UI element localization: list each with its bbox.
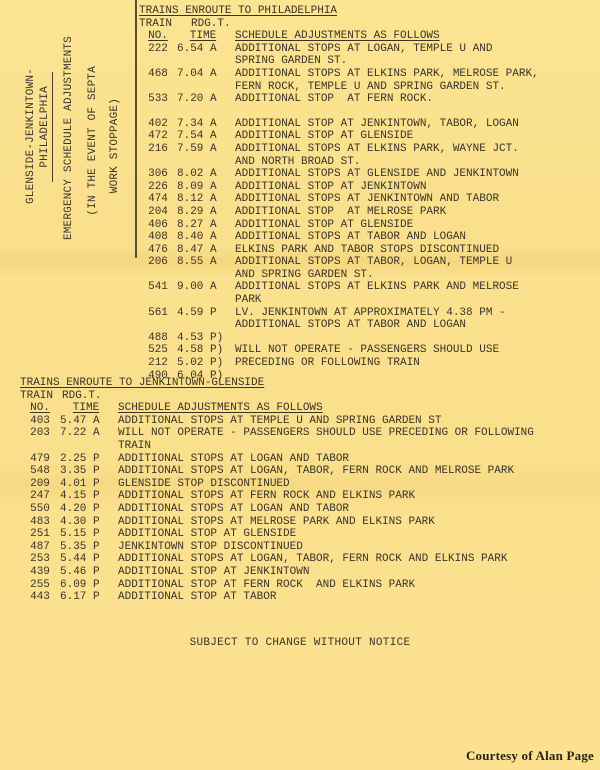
table-row: 3068.02 AADDITIONAL STOPS AT GLENSIDE AN… (139, 168, 599, 181)
train-time: 8.29 A (177, 206, 235, 219)
schedule-adjustment: ADDITIONAL STOPS AT ELKINS PARK AND MELR… (235, 281, 599, 294)
train-time: 3.35 P (60, 465, 118, 478)
title-route-line2: PHILADELPHIA (40, 86, 51, 168)
train-time: 2.25 P (60, 453, 118, 466)
table-row: 4068.27 AADDITIONAL STOP AT GLENSIDE (139, 219, 599, 232)
table-header: NO. TIME SCHEDULE ADJUSTMENTS AS FOLLOWS (20, 402, 600, 415)
schedule-adjustment: PRECEDING OR FOLLOWING TRAIN (235, 357, 599, 370)
train-time: 4.15 P (60, 490, 118, 503)
table-row: 4834.30 PADDITIONAL STOPS AT MELROSE PAR… (20, 516, 600, 529)
header-time: TIME (73, 402, 99, 414)
schedule-adjustment: ADDITIONAL STOP AT GLENSIDE (235, 219, 599, 232)
train-number: 439 (20, 566, 60, 579)
train-number: 472 (139, 130, 177, 143)
table-row-continuation: SPRING GARDEN ST. (139, 55, 599, 68)
train-number: 203 (20, 427, 60, 440)
train-number: 474 (139, 193, 177, 206)
header-time-top: RDG.T. (62, 390, 102, 403)
schedule-adjustment: ADDITIONAL STOP AT GLENSIDE (235, 130, 599, 143)
train-time (60, 440, 118, 453)
table-header-top: TRAIN RDG.T. (20, 390, 600, 403)
train-time (177, 294, 235, 307)
table-row: 2094.01 PGLENSIDE STOP DISCONTINUED (20, 478, 600, 491)
header-adjustments: SCHEDULE ADJUSTMENTS AS FOLLOWS (118, 402, 323, 414)
train-time: 8.12 A (177, 193, 235, 206)
train-time (177, 319, 235, 332)
schedule-adjustment: ADDITIONAL STOP AT FERN ROCK. (235, 93, 599, 106)
train-time: 6.54 A (177, 43, 235, 56)
train-time: 6.09 P (60, 579, 118, 592)
train-time: 5.02 P) (177, 357, 235, 370)
train-number: 561 (139, 307, 177, 320)
train-number: 533 (139, 93, 177, 106)
schedule-adjustment: WILL NOT OPERATE - PASSENGERS SHOULD USE… (118, 427, 600, 440)
table-row: 4727.54 AADDITIONAL STOP AT GLENSIDE (139, 130, 599, 143)
train-number: 403 (20, 415, 60, 428)
disclaimer-note: SUBJECT TO CHANGE WITHOUT NOTICE (0, 637, 600, 649)
train-time: 7.34 A (177, 118, 235, 131)
schedule-adjustment: ADDITIONAL STOP AT MELROSE PARK (235, 206, 599, 219)
train-number (20, 440, 60, 453)
schedule-adjustment: ADDITIONAL STOPS AT TABOR AND LOGAN (235, 319, 599, 332)
title-divider (52, 72, 53, 182)
table-header-top: TRAIN RDG.T. (139, 18, 599, 31)
train-number: 487 (20, 541, 60, 554)
train-time: 5.35 P (60, 541, 118, 554)
train-time: 5.46 P (60, 566, 118, 579)
table-row: 4748.12 AADDITIONAL STOPS AT JENKINTOWN … (139, 193, 599, 206)
table-row: 2167.59 AADDITIONAL STOPS AT ELKINS PARK… (139, 143, 599, 156)
title-condition-line2: WORK STOPPAGE) (110, 98, 121, 193)
train-number: 443 (20, 591, 60, 604)
train-number (139, 55, 177, 68)
table-body: 2226.54 AADDITIONAL STOPS AT LOGAN, TEMP… (139, 43, 599, 382)
train-number: 406 (139, 219, 177, 232)
train-time: 7.54 A (177, 130, 235, 143)
header-train-no: NO. (148, 30, 168, 42)
schedule-adjustment: ADDITIONAL STOPS AT LOGAN, TEMPLE U AND (235, 43, 599, 56)
schedule-adjustment: ADDITIONAL STOPS AT TABOR AND LOGAN (235, 231, 599, 244)
title-emergency: EMERGENCY SCHEDULE ADJUSTMENTS (64, 36, 75, 240)
schedule-adjustment (235, 332, 599, 345)
train-time: 5.44 P (60, 553, 118, 566)
table-row-continuation: AND SPRING GARDEN ST. (139, 269, 599, 282)
train-time (177, 156, 235, 169)
train-number: 255 (20, 579, 60, 592)
table-row: 5483.35 PADDITIONAL STOPS AT LOGAN, TABO… (20, 465, 600, 478)
header-time-top: RDG.T. (191, 18, 231, 31)
table-row-continuation: PARK (139, 294, 599, 307)
schedule-adjustment: ADDITIONAL STOP AT TABOR (118, 591, 600, 604)
schedule-adjustment: ADDITIONAL STOPS AT MELROSE PARK AND ELK… (118, 516, 600, 529)
train-time (177, 269, 235, 282)
train-number: 483 (20, 516, 60, 529)
train-time (177, 55, 235, 68)
train-number: 488 (139, 332, 177, 345)
schedule-adjustment: ADDITIONAL STOP AT FERN ROCK AND ELKINS … (118, 579, 600, 592)
train-time: 7.20 A (177, 93, 235, 106)
table-row: 5254.58 P)WILL NOT OPERATE - PASSENGERS … (139, 344, 599, 357)
table-row: 4027.34 AADDITIONAL STOP AT JENKINTOWN, … (139, 118, 599, 131)
train-number: 206 (139, 256, 177, 269)
schedule-adjustment: ADDITIONAL STOPS AT LOGAN, TABOR, FERN R… (118, 465, 600, 478)
schedule-page: GLENSIDE-JENKINTOWN- PHILADELPHIA EMERGE… (0, 0, 600, 770)
schedule-adjustment: ADDITIONAL STOP AT JENKINTOWN (235, 181, 599, 194)
train-number: 468 (139, 68, 177, 81)
schedule-adjustment: ADDITIONAL STOPS AT TABOR, LOGAN, TEMPLE… (235, 256, 599, 269)
title-condition-line1: (IN THE EVENT OF SEPTA (88, 66, 99, 216)
table-row: 4792.25 PADDITIONAL STOPS AT LOGAN AND T… (20, 453, 600, 466)
schedule-adjustment: SPRING GARDEN ST. (235, 55, 599, 68)
schedule-adjustment: ADDITIONAL STOPS AT GLENSIDE AND JENKINT… (235, 168, 599, 181)
header-train-no: NO. (30, 402, 50, 414)
train-number: 204 (139, 206, 177, 219)
schedule-adjustment: WILL NOT OPERATE - PASSENGERS SHOULD USE (235, 344, 599, 357)
schedule-adjustment: AND SPRING GARDEN ST. (235, 269, 599, 282)
table-row: 2556.09 PADDITIONAL STOP AT FERN ROCK AN… (20, 579, 600, 592)
train-time: 4.30 P (60, 516, 118, 529)
train-number (139, 294, 177, 307)
train-number: 525 (139, 344, 177, 357)
train-time: 7.22 A (60, 427, 118, 440)
train-time: 8.09 A (177, 181, 235, 194)
table-row: 5614.59 PLV. JENKINTOWN AT APPROXIMATELY… (139, 307, 599, 320)
table-row-continuation: FERN ROCK, TEMPLE U AND SPRING GARDEN ST… (139, 81, 599, 94)
table-row: 4395.46 PADDITIONAL STOP AT JENKINTOWN (20, 566, 600, 579)
train-time: 5.47 A (60, 415, 118, 428)
train-time: 8.27 A (177, 219, 235, 232)
table-row: 2125.02 P)PRECEDING OR FOLLOWING TRAIN (139, 357, 599, 370)
table-row: 2048.29 AADDITIONAL STOP AT MELROSE PARK (139, 206, 599, 219)
train-number: 402 (139, 118, 177, 131)
vertical-divider (135, 0, 137, 258)
train-time: 4.58 P) (177, 344, 235, 357)
train-time: 4.01 P (60, 478, 118, 491)
header-adjustments: SCHEDULE ADJUSTMENTS AS FOLLOWS (235, 30, 440, 42)
schedule-adjustment: ADDITIONAL STOPS AT LOGAN, TABOR, FERN R… (118, 553, 600, 566)
table-row: 2474.15 PADDITIONAL STOPS AT FERN ROCK A… (20, 490, 600, 503)
schedule-adjustment: JENKINTOWN STOP DISCONTINUED (118, 541, 600, 554)
train-number: 222 (139, 43, 177, 56)
train-number: 212 (139, 357, 177, 370)
table-row-continuation: AND NORTH BROAD ST. (139, 156, 599, 169)
train-number: 408 (139, 231, 177, 244)
schedule-adjustment: AND NORTH BROAD ST. (235, 156, 599, 169)
table-row: 2068.55 AADDITIONAL STOPS AT TABOR, LOGA… (139, 256, 599, 269)
table-row: 5419.00 AADDITIONAL STOPS AT ELKINS PARK… (139, 281, 599, 294)
table-row: 4687.04 AADDITIONAL STOPS AT ELKINS PARK… (139, 68, 599, 81)
train-number: 251 (20, 528, 60, 541)
train-time: 8.02 A (177, 168, 235, 181)
table-row-continuation: TRAIN (20, 440, 600, 453)
schedule-adjustment: ADDITIONAL STOP AT JENKINTOWN (118, 566, 600, 579)
table-row: 4088.40 AADDITIONAL STOPS AT TABOR AND L… (139, 231, 599, 244)
table-row: 4768.47 AELKINS PARK AND TABOR STOPS DIS… (139, 244, 599, 257)
table-row-continuation: ADDITIONAL STOPS AT TABOR AND LOGAN (139, 319, 599, 332)
table-row: 2037.22 AWILL NOT OPERATE - PASSENGERS S… (20, 427, 600, 440)
train-number: 209 (20, 478, 60, 491)
train-number: 253 (20, 553, 60, 566)
schedule-adjustment: ADDITIONAL STOPS AT TEMPLE U AND SPRING … (118, 415, 600, 428)
courtesy-credit: Courtesy of Alan Page (466, 748, 594, 764)
table-row: 5337.20 AADDITIONAL STOP AT FERN ROCK. (139, 93, 599, 106)
title-route-line1: GLENSIDE-JENKINTOWN- (26, 68, 37, 204)
train-number: 226 (139, 181, 177, 194)
train-time: 7.04 A (177, 68, 235, 81)
train-time: 8.40 A (177, 231, 235, 244)
train-number: 479 (20, 453, 60, 466)
train-time: 8.47 A (177, 244, 235, 257)
schedule-adjustment: ELKINS PARK AND TABOR STOPS DISCONTINUED (235, 244, 599, 257)
train-number (139, 319, 177, 332)
table-row: 5504.20 PADDITIONAL STOPS AT LOGAN AND T… (20, 503, 600, 516)
section-to-jenkintown: TRAINS ENROUTE TO JENKINTOWN-GLENSIDE TR… (20, 377, 600, 604)
section-title: TRAINS ENROUTE TO JENKINTOWN-GLENSIDE (20, 377, 600, 390)
schedule-adjustment: ADDITIONAL STOPS AT FERN ROCK AND ELKINS… (118, 490, 600, 503)
section-title: TRAINS ENROUTE TO PHILADELPHIA (139, 5, 599, 18)
table-row: 2226.54 AADDITIONAL STOPS AT LOGAN, TEMP… (139, 43, 599, 56)
header-train-top: TRAIN (20, 390, 62, 403)
schedule-adjustment: GLENSIDE STOP DISCONTINUED (118, 478, 600, 491)
schedule-adjustment: TRAIN (118, 440, 600, 453)
table-row: 2268.09 AADDITIONAL STOP AT JENKINTOWN (139, 181, 599, 194)
schedule-adjustment: PARK (235, 294, 599, 307)
train-number: 541 (139, 281, 177, 294)
train-number: 548 (20, 465, 60, 478)
train-time: 7.59 A (177, 143, 235, 156)
schedule-adjustment: ADDITIONAL STOP AT JENKINTOWN, TABOR, LO… (235, 118, 599, 131)
schedule-adjustment: ADDITIONAL STOPS AT LOGAN AND TABOR (118, 453, 600, 466)
train-number: 247 (20, 490, 60, 503)
schedule-adjustment: ADDITIONAL STOPS AT ELKINS PARK, MELROSE… (235, 68, 599, 81)
schedule-adjustment: ADDITIONAL STOPS AT JENKINTOWN AND TABOR (235, 193, 599, 206)
train-time: 9.00 A (177, 281, 235, 294)
train-time: 8.55 A (177, 256, 235, 269)
table-row: 4884.53 P) (139, 332, 599, 345)
schedule-adjustment: FERN ROCK, TEMPLE U AND SPRING GARDEN ST… (235, 81, 599, 94)
table-row: 4436.17 PADDITIONAL STOP AT TABOR (20, 591, 600, 604)
schedule-adjustment: ADDITIONAL STOP AT GLENSIDE (118, 528, 600, 541)
header-train-top: TRAIN (139, 18, 191, 31)
schedule-adjustment: ADDITIONAL STOPS AT LOGAN AND TABOR (118, 503, 600, 516)
table-body: 4035.47 AADDITIONAL STOPS AT TEMPLE U AN… (20, 415, 600, 604)
rotated-title-block: GLENSIDE-JENKINTOWN- PHILADELPHIA EMERGE… (6, 0, 124, 262)
row-spacer (139, 106, 599, 118)
train-number: 476 (139, 244, 177, 257)
train-number (139, 81, 177, 94)
train-number: 216 (139, 143, 177, 156)
table-row: 2515.15 PADDITIONAL STOP AT GLENSIDE (20, 528, 600, 541)
train-time: 4.53 P) (177, 332, 235, 345)
schedule-adjustment: ADDITIONAL STOPS AT ELKINS PARK, WAYNE J… (235, 143, 599, 156)
train-time (177, 81, 235, 94)
train-number (139, 156, 177, 169)
schedule-adjustment: LV. JENKINTOWN AT APPROXIMATELY 4.38 PM … (235, 307, 599, 320)
table-row: 4035.47 AADDITIONAL STOPS AT TEMPLE U AN… (20, 415, 600, 428)
train-time: 6.17 P (60, 591, 118, 604)
train-number: 306 (139, 168, 177, 181)
header-time: TIME (190, 30, 216, 42)
train-number: 550 (20, 503, 60, 516)
table-header: NO. TIME SCHEDULE ADJUSTMENTS AS FOLLOWS (139, 30, 599, 43)
train-number (139, 269, 177, 282)
table-row: 2535.44 PADDITIONAL STOPS AT LOGAN, TABO… (20, 553, 600, 566)
train-time: 5.15 P (60, 528, 118, 541)
section-to-philadelphia: TRAINS ENROUTE TO PHILADELPHIA TRAIN RDG… (139, 5, 599, 382)
train-time: 4.20 P (60, 503, 118, 516)
train-time: 4.59 P (177, 307, 235, 320)
table-row: 4875.35 PJENKINTOWN STOP DISCONTINUED (20, 541, 600, 554)
